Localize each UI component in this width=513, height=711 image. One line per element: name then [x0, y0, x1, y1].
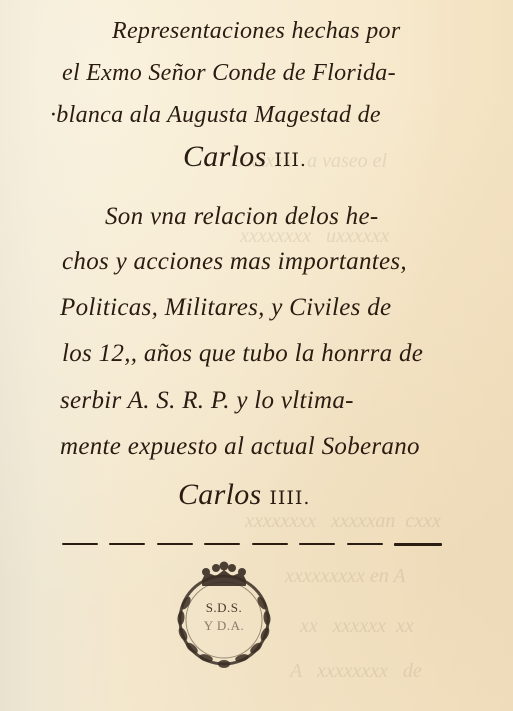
bleed-through-text: A xxxxxxxx de — [290, 660, 422, 683]
dash — [62, 543, 98, 545]
regnal-number: IIII. — [269, 487, 310, 509]
library-stamp: S.D.S. Y D.A. — [164, 558, 284, 673]
stamp-text-line-1: S.D.S. — [164, 600, 284, 616]
manuscript-page: xxxxxxx a vaseo el xxxxxxxx uxxxxxx xxxx… — [0, 0, 513, 711]
body-line-3: Politicas, Militares, y Civiles de — [60, 294, 391, 322]
body-line-6: mente expuesto al actual Soberano — [60, 433, 420, 461]
bleed-through-text: xxxxxxxxx en A — [285, 565, 406, 588]
crown-icon — [202, 562, 246, 587]
title-line-4: Carlos III. — [183, 140, 307, 174]
bleed-through-text: xx xxxxxx xx — [300, 615, 414, 638]
dash — [299, 543, 335, 545]
body-line-5: serbir A. S. R. P. y lo vltima- — [60, 387, 354, 415]
body-line-1: Son vna relacion delos he- — [105, 203, 378, 231]
monarch-name: Carlos — [178, 478, 262, 511]
dashed-separator — [62, 541, 442, 547]
dash — [252, 543, 288, 545]
bleed-through-text: xxxxxxxx xxxxxan cxxx — [245, 510, 441, 533]
dash — [204, 543, 240, 545]
body-line-2: chos y acciones mas importantes, — [62, 248, 407, 276]
regnal-number: III. — [274, 149, 307, 171]
body-line-4: los 12,, años que tubo la honrra de — [62, 340, 423, 368]
monarch-name: Carlos — [183, 140, 267, 173]
title-line-3: ·blanca ala Augusta Magestad de — [50, 102, 381, 129]
dash — [109, 543, 145, 545]
dash — [394, 543, 442, 546]
title-line-2: el Exmo Señor Conde de Florida- — [62, 60, 396, 87]
body-line-7: Carlos IIII. — [178, 478, 310, 512]
dash — [347, 543, 383, 545]
dash — [157, 543, 193, 545]
title-line-1: Representaciones hechas por — [112, 18, 400, 45]
stamp-text-line-2: Y D.A. — [164, 618, 284, 634]
